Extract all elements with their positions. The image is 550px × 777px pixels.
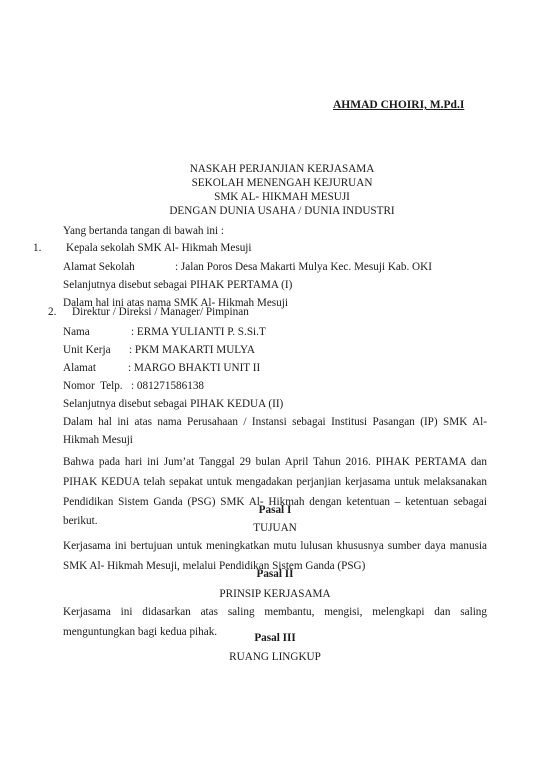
article-1-number: Pasal I [63,504,487,516]
title-line: NASKAH PERJANJIAN KERJASAMA [0,162,550,176]
agreement-paragraph: Bahwa pada hari ini Jum’at Tanggal 29 bu… [63,453,487,532]
title-line: SEKOLAH MENENGAH KEJURUAN [0,176,550,190]
title-line: DENGAN DUNIA USAHA / DUNIA INDUSTRI [0,204,550,218]
article-2-title: PRINSIP KERJASAMA [63,588,487,600]
field-label: Nomor Telp. [63,380,131,392]
address-label: Alamat Sekolah [63,261,175,273]
party-two-on-behalf: Dalam hal ini atas nama Perusahaan / Ins… [63,413,487,449]
field-value: : MARGO BHAKTI UNIT II [128,362,260,374]
party-two-heading: Direktur / Direksi / Manager/ Pimpinan [72,306,249,318]
field-label: Nama [63,326,131,338]
address-value: : Jalan Poros Desa Makarti Mulya Kec. Me… [175,261,432,273]
party-one-designation: Selanjutnya disebut sebagai PIHAK PERTAM… [63,279,292,291]
article-3-number: Pasal III [63,632,487,644]
field-value: : 081271586138 [131,380,204,392]
party-two-designation: Selanjutnya disebut sebagai PIHAK KEDUA … [63,398,283,410]
party-two-number: 2. [48,306,56,318]
field-label: Unit Kerja [63,344,129,356]
field-nomor-telp: Nomor Telp.: 081271586138 [63,380,204,392]
article-2-number: Pasal II [63,568,487,580]
field-alamat: Alamat: MARGO BHAKTI UNIT II [63,362,260,374]
title-line: SMK AL- HIKMAH MESUJI [0,190,550,204]
party-one-address: Alamat Sekolah: Jalan Poros Desa Makarti… [63,261,432,273]
field-value: : PKM MAKARTI MULYA [129,344,255,356]
field-nama: Nama: ERMA YULIANTI P. S.Si.T [63,326,266,338]
field-unit-kerja: Unit Kerja: PKM MAKARTI MULYA [63,344,255,356]
field-value: : ERMA YULIANTI P. S.Si.T [131,326,266,338]
party-one-heading: Kepala sekolah SMK Al- Hikmah Mesuji [66,242,252,254]
document-title: NASKAH PERJANJIAN KERJASAMA SEKOLAH MENE… [0,162,550,218]
field-label: Alamat [63,362,128,374]
intro-text: Yang bertanda tangan di bawah ini : [63,225,224,237]
article-1-title: TUJUAN [63,522,487,534]
signer-name: AHMAD CHOIRI, M.Pd.I [333,99,464,111]
article-3-title: RUANG LINGKUP [63,651,487,663]
party-one-number: 1. [33,242,41,254]
